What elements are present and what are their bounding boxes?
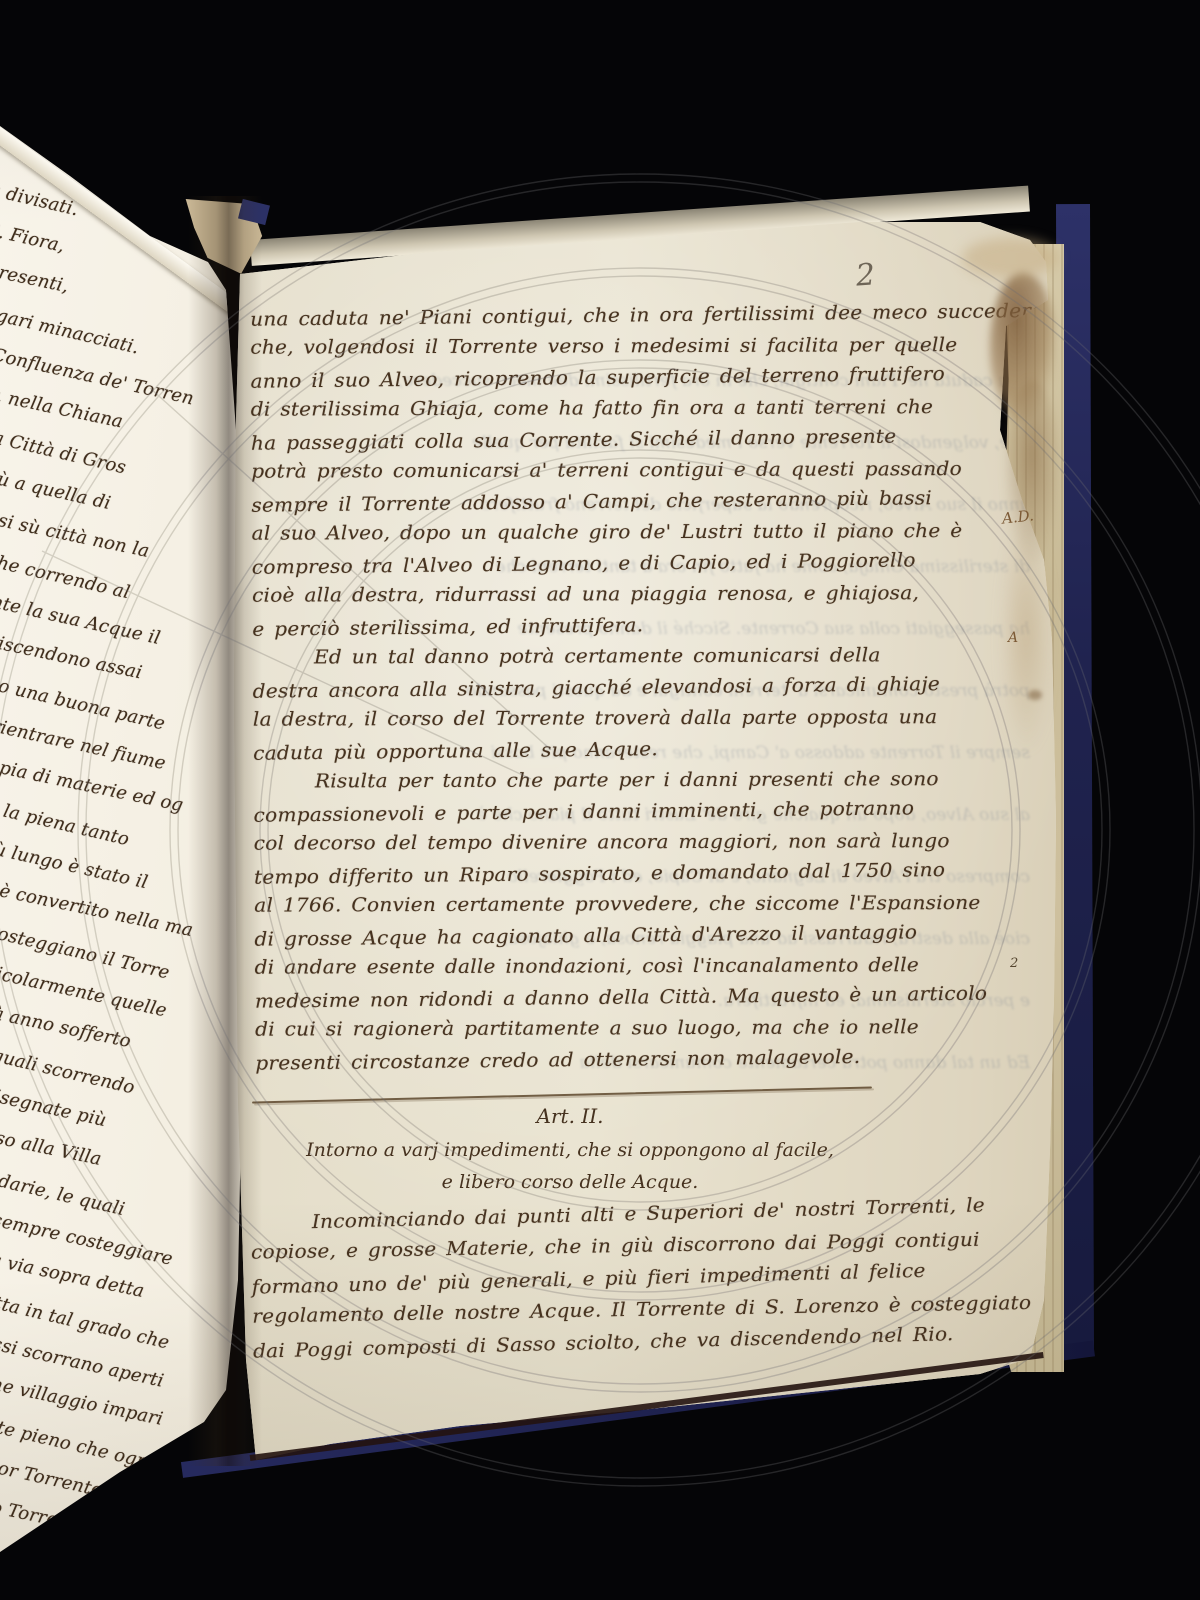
right-page-text: una caduta ne' Piani contigui, che in or… bbox=[250, 297, 1082, 1078]
page-number: 2 bbox=[855, 257, 876, 293]
ink-stain bbox=[1028, 690, 1042, 700]
margin-mark-a: A bbox=[1008, 630, 1018, 646]
article-heading: Art. II. bbox=[250, 1104, 890, 1128]
ink-stain bbox=[962, 238, 1058, 278]
manuscript-line-fragment: grosso Torrente bbox=[0, 1487, 272, 1576]
article-subtitle-line: Intorno a varj impedimenti, che si oppon… bbox=[250, 1139, 890, 1161]
right-page-paragraph2: Incominciando dai punti alti e Superiori… bbox=[250, 1189, 1080, 1366]
gutter-shadow bbox=[188, 196, 262, 1466]
margin-mark-2: 2 bbox=[1010, 956, 1018, 971]
article-subtitle-line: e libero corso delle Acque. bbox=[250, 1171, 890, 1193]
manuscript-photo: ari già divisati.gna, S. Fiora,anni pres… bbox=[0, 0, 1200, 1600]
margin-mark-ad: A.D. bbox=[1001, 506, 1035, 527]
